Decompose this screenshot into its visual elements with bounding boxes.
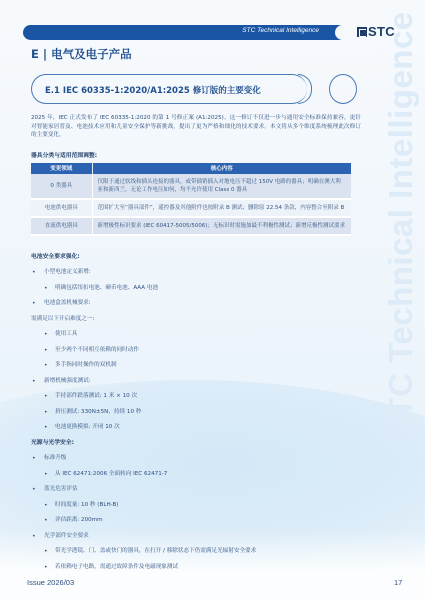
bullet-icon: • xyxy=(44,343,48,359)
header-banner-text: STC Technical Intelligence xyxy=(242,27,319,34)
intro-paragraph: 2025 年，IEC 正式发布了 IEC 60335-1:2020 的第 1 号… xyxy=(31,114,361,140)
list-item: •小型电池定义新增: xyxy=(31,265,361,281)
table-row: 0 类器具 仅限于通过软线和插头连接的器具，或带插销插入对地电压不超过 150V… xyxy=(31,174,351,199)
bullet-icon: • xyxy=(44,544,48,560)
bullet-icon: • xyxy=(32,374,36,390)
column-header: 核心内容 xyxy=(92,163,351,174)
list-item: •使用工具 xyxy=(31,327,361,343)
bullet-icon: • xyxy=(32,529,36,545)
header-banner: STC Technical Intelligence xyxy=(23,25,341,40)
bullet-icon: • xyxy=(44,281,48,297)
list-item: •标准升级 xyxy=(31,451,361,467)
list-item: •带光学透镜、门、盖或快门的器具，在打开 / 移除状态下仍需满足光辐射安全要求 xyxy=(31,544,361,560)
bullet-icon: • xyxy=(32,265,36,281)
bullet-icon: • xyxy=(44,513,48,529)
table-heading: 器具分类与适用范围调整: xyxy=(31,150,361,159)
table-cell-content: 仅限于通过软线和插头连接的器具，或带插销插入对地电压不超过 150V 电路的器具… xyxy=(92,174,351,199)
logo-text: STC xyxy=(368,26,395,38)
bullet-icon: • xyxy=(44,327,48,343)
bullet-icon: • xyxy=(44,467,48,483)
table-cell-area: 直流供电器具 xyxy=(31,217,92,235)
list-item: •新增机械强度测试: xyxy=(31,374,361,390)
stc-logo: STC xyxy=(357,26,395,38)
list-item: •若依赖电子电路，需通过故障条件及电磁现象测试 xyxy=(31,560,361,576)
list-item: •手持部件跌落测试: 1 米 × 10 次 xyxy=(31,389,361,405)
decorative-circle xyxy=(329,74,357,104)
list-item: •电池盒盖机械要求: xyxy=(31,296,361,312)
optical-list: •标准升级 •从 IEC 62471:2006 全面转向 IEC 62471-7… xyxy=(31,451,361,575)
bullet-icon: • xyxy=(44,358,48,374)
bullet-icon: • xyxy=(44,405,48,421)
battery-list: •小型电池定义新增: •明确包括纽扣电池、硬币电池、AAA 电池 •电池盒盖机械… xyxy=(31,265,361,436)
changes-table: 变更领域 核心内容 0 类器具 仅限于通过软线和插头连接的器具，或带插销插入对地… xyxy=(31,163,351,236)
column-header: 变更领域 xyxy=(31,163,92,174)
bullet-icon: • xyxy=(32,296,36,312)
section-title: E | 电气及电子产品 xyxy=(31,46,132,62)
bullet-icon: • xyxy=(32,482,36,498)
battery-heading: 电池安全要求强化: xyxy=(31,250,361,266)
list-item: •评估距离: 200mm xyxy=(31,513,361,529)
table-header-row: 变更领域 核心内容 xyxy=(31,163,351,174)
page-number: 17 xyxy=(394,578,402,587)
footer-issue: Issue 2026/03 xyxy=(27,578,74,587)
table-cell-content: 范围扩大至“器具部件”，遥控器及其他附件也按附录 B 测试；删除原 22.54 … xyxy=(92,199,351,217)
bullet-icon: • xyxy=(44,498,48,514)
main-content: 2025 年，IEC 正式发布了 IEC 60335-1:2020 的第 1 号… xyxy=(31,114,361,575)
table-cell-area: 0 类器具 xyxy=(31,174,92,199)
bullet-icon: • xyxy=(44,420,48,436)
bullet-icon: • xyxy=(44,389,48,405)
table-cell-area: 电池供电器具 xyxy=(31,199,92,217)
table-row: 直流供电器具 新增极性标识要求 (IEC 60417-5005/5006)；无标… xyxy=(31,217,351,235)
table-row: 电池供电器具 范围扩大至“器具部件”，遥控器及其他附件也按附录 B 测试；删除原… xyxy=(31,199,351,217)
logo-mark-icon xyxy=(357,27,367,37)
vertical-watermark: STC Technical Intelligence xyxy=(382,11,420,440)
list-item: •挤压测试: 330N±5N，持续 10 秒 xyxy=(31,405,361,421)
bullet-icon: • xyxy=(44,560,48,576)
list-item: •从 IEC 62471:2006 全面转向 IEC 62471-7 xyxy=(31,467,361,483)
list-item: •蓝光危害评估 xyxy=(31,482,361,498)
list-item: •多手指同时操作的双机制 xyxy=(31,358,361,374)
optical-heading: 光源与光学安全: xyxy=(31,436,361,452)
list-item: •明确包括纽扣电池、硬币电池、AAA 电池 xyxy=(31,281,361,297)
subsection-title: E.1 IEC 60335-1:2020/A1:2025 修订版的主要变化 xyxy=(45,84,261,96)
list-item: •光学部件安全要求 xyxy=(31,529,361,545)
list-note: 需满足以下开启难度之一: xyxy=(31,312,361,328)
list-item: •时间度量: 10 秒 (BLH-B) xyxy=(31,498,361,514)
list-item: •电池更换模拟: 开闭 10 次 xyxy=(31,420,361,436)
list-item: •至少两个不同相互依赖的同时动作 xyxy=(31,343,361,359)
bullet-icon: • xyxy=(32,451,36,467)
table-cell-content: 新增极性标识要求 (IEC 60417-5005/5006)；无标识时需施加最不… xyxy=(92,217,351,235)
subsection-frame-end xyxy=(298,74,312,104)
